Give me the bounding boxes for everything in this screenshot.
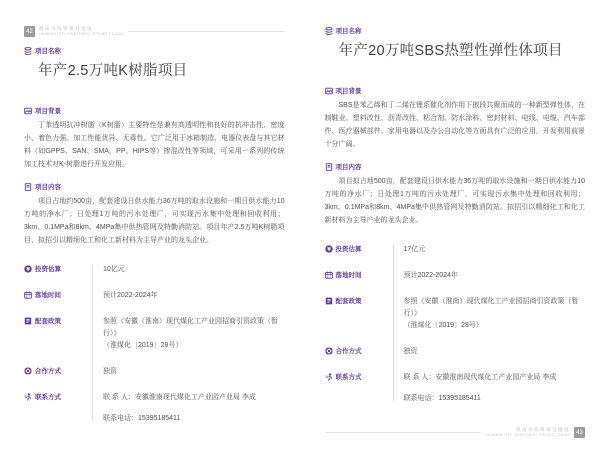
- person-icon: [24, 393, 32, 401]
- cooperation-label: 合作方式: [24, 366, 92, 375]
- project-title: 年产2.5万吨K树脂项目: [38, 59, 285, 80]
- page-number-badge: 42: [24, 26, 35, 37]
- yen-circle-icon: [24, 265, 32, 273]
- label-text: 落地时间: [35, 290, 61, 299]
- guide-title-block: 淮南市投资项目指南 HUAINAN CITY INVESTMENT PROJEC…: [39, 26, 124, 36]
- timeline-row: 落地时间 预计2022-2024年: [325, 270, 586, 282]
- project-title: 年产20万吨SBS热塑性弹性体项目: [339, 39, 586, 60]
- content-paragraph: 项目占地约500亩，配套建设日供水能力36万吨的取水设施和一期日供水能力10万吨…: [24, 195, 285, 247]
- policy-value: 参照《安徽（淮南）现代煤化工产业园招商引资政策（暂行）》 （淮煤化〔2019〕2…: [92, 316, 285, 352]
- image-icon: [24, 107, 32, 115]
- contact-row: 联系方式 联 系 人：安徽淮南现代煤化工产业园产业局 李成 联系电话：15395…: [24, 392, 285, 425]
- contact-phone: 联系电话：15395185411: [103, 413, 256, 425]
- page-number-badge: 43: [574, 427, 585, 438]
- policy-doc-icon: [24, 317, 32, 325]
- person-icon: [325, 373, 333, 381]
- cooperation-row: 合作方式 独资: [24, 366, 285, 378]
- investment-row: 投资估算 10亿元: [24, 264, 285, 276]
- image-icon: [325, 87, 333, 95]
- contact-label: 联系方式: [24, 392, 92, 401]
- key-facts-block: 投资估算 17亿元 落地时间 预计2022-2024年 配套政策 参照《安徽（淮…: [325, 244, 586, 405]
- policy-line-2: （淮煤化〔2019〕28号）: [103, 340, 285, 352]
- contact-value: 联 系 人：安徽淮南现代煤化工产业园产业局 李成 联系电话：1539518541…: [92, 392, 256, 425]
- policy-line-1: 参照《安徽（淮南）现代煤化工产业园招商引资政策（暂行）》: [103, 316, 285, 340]
- guide-title-en: HUAINAN CITY INVESTMENT PROJECT GUIDE: [39, 32, 124, 37]
- investment-row: 投资估算 17亿元: [325, 244, 586, 256]
- footer-rule: [325, 432, 482, 433]
- policy-row: 配套政策 参照《安徽（淮南）现代煤化工产业园招商引资政策（暂行）》 （淮煤化〔2…: [325, 296, 586, 332]
- label-text: 落地时间: [336, 270, 362, 279]
- policy-line-1: 参照《安徽（淮南）现代煤化工产业园招商引资政策（暂行）》: [404, 296, 586, 320]
- policy-label: 配套政策: [325, 296, 393, 305]
- policy-value: 参照《安徽（淮南）现代煤化工产业园招商引资政策（暂行）》 （淮煤化〔2019〕2…: [393, 296, 586, 332]
- cooperation-label: 合作方式: [325, 346, 393, 355]
- investment-label: 投资估算: [24, 264, 92, 273]
- timeline-label: 落地时间: [325, 270, 393, 279]
- page-footer: 淮南市投资项目指南 HUAINAN CITY INVESTMENT PROJEC…: [325, 427, 586, 438]
- yen-circle-icon: [325, 245, 333, 253]
- gear-circle-icon: [24, 367, 32, 375]
- section-label-content: 项目内容: [24, 182, 285, 191]
- gear-circle-icon: [325, 347, 333, 355]
- label-text: 联系方式: [336, 372, 362, 381]
- section-label-text: 项目名称: [35, 46, 61, 55]
- contact-person: 联 系 人：安徽淮南现代煤化工产业园产业局 李成: [103, 392, 256, 404]
- policy-line-2: （淮煤化〔2019〕28号）: [404, 320, 586, 332]
- calendar-icon: [24, 291, 32, 299]
- label-text: 配套政策: [336, 296, 362, 305]
- section-label-background: 项目背景: [325, 86, 586, 95]
- timeline-value: 预计2022-2024年: [393, 270, 458, 282]
- layers-icon: [325, 27, 333, 35]
- label-text: 投资估算: [35, 264, 61, 273]
- policy-doc-icon: [325, 297, 333, 305]
- contact-phone: 联系电话：15395185411: [404, 393, 557, 405]
- document-icon: [24, 183, 32, 191]
- section-label-text: 项目内容: [35, 182, 61, 191]
- two-page-spread: 42 淮南市投资项目指南 HUAINAN CITY INVESTMENT PRO…: [0, 0, 600, 446]
- page-right: 项目名称 年产20万吨SBS热塑性弹性体项目 项目背景 SBS是苯乙烯和丁二烯在…: [325, 26, 586, 446]
- section-label-content: 项目内容: [325, 162, 586, 171]
- contact-label: 联系方式: [325, 372, 393, 381]
- cooperation-value: 独资: [393, 346, 418, 358]
- page-left: 42 淮南市投资项目指南 HUAINAN CITY INVESTMENT PRO…: [24, 26, 285, 446]
- timeline-value: 预计2022-2024年: [92, 290, 157, 302]
- contact-row: 联系方式 联 系 人：安徽淮南现代煤化工产业园产业局 李成 联系电话：15395…: [325, 372, 586, 405]
- key-facts-block: 投资估算 10亿元 落地时间 预计2022-2024年 配套政策 参照《安徽（淮…: [24, 264, 285, 425]
- section-label-text: 项目内容: [336, 162, 362, 171]
- background-paragraph: SBS是苯乙烯和丁二烯在锂系催化剂作用下嵌段共聚而成的一种新型弹性体，在制鞋业、…: [325, 99, 586, 151]
- section-label-background: 项目背景: [24, 106, 285, 115]
- calendar-icon: [325, 271, 333, 279]
- label-text: 投资估算: [336, 244, 362, 253]
- contact-value: 联 系 人：安徽淮南现代煤化工产业园产业局 李成 联系电话：1539518541…: [393, 372, 557, 405]
- section-label-project-name: 项目名称: [24, 46, 285, 55]
- label-text: 合作方式: [336, 346, 362, 355]
- layers-icon: [24, 47, 32, 55]
- timeline-row: 落地时间 预计2022-2024年: [24, 290, 285, 302]
- background-paragraph: 丁苯透明抗冲树脂（K树脂）主要特性是兼有高透明性和良好的抗冲击性、密度小、着色力…: [24, 119, 285, 171]
- cooperation-row: 合作方式 独资: [325, 346, 586, 358]
- cooperation-value: 独资: [92, 366, 117, 378]
- label-text: 联系方式: [35, 392, 61, 401]
- section-label-text: 项目名称: [336, 26, 362, 35]
- timeline-label: 落地时间: [24, 290, 92, 299]
- section-label-project-name: 项目名称: [325, 26, 586, 35]
- guide-title-block: 淮南市投资项目指南 HUAINAN CITY INVESTMENT PROJEC…: [485, 427, 570, 437]
- document-icon: [325, 163, 333, 171]
- section-label-text: 项目背景: [336, 86, 362, 95]
- investment-value: 10亿元: [92, 264, 125, 276]
- policy-label: 配套政策: [24, 316, 92, 325]
- label-text: 合作方式: [35, 366, 61, 375]
- investment-value: 17亿元: [393, 244, 426, 256]
- label-text: 配套政策: [35, 316, 61, 325]
- section-label-text: 项目背景: [35, 106, 61, 115]
- header-rule: [128, 31, 285, 32]
- contact-person: 联 系 人：安徽淮南现代煤化工产业园产业局 李成: [404, 372, 557, 384]
- content-paragraph: 项目拟占地500亩，配套建设日供水能力36万吨的取水设施和一期日供水能力10万吨…: [325, 175, 586, 227]
- page-header: 42 淮南市投资项目指南 HUAINAN CITY INVESTMENT PRO…: [24, 26, 285, 37]
- guide-title-en: HUAINAN CITY INVESTMENT PROJECT GUIDE: [485, 433, 570, 438]
- policy-row: 配套政策 参照《安徽（淮南）现代煤化工产业园招商引资政策（暂行）》 （淮煤化〔2…: [24, 316, 285, 352]
- investment-label: 投资估算: [325, 244, 393, 253]
